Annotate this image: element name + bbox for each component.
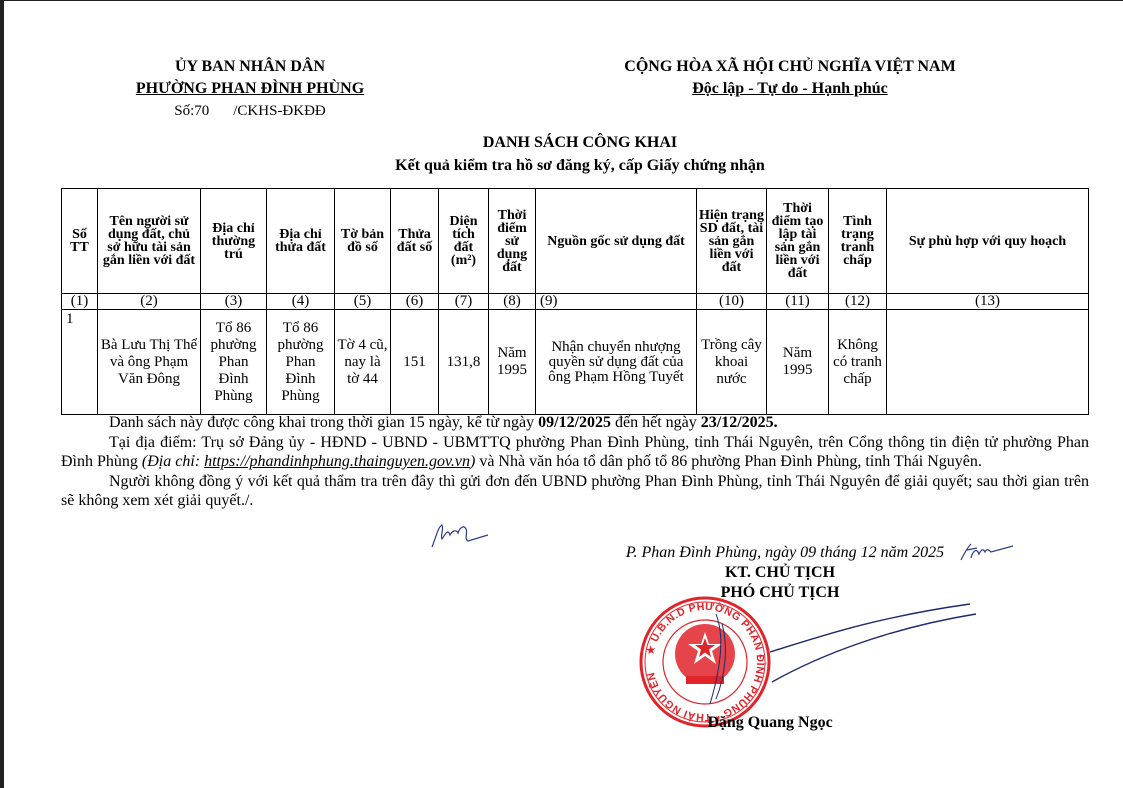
col-header-parcel-no: Thửa đất số [391,189,439,294]
notice-location: Tại địa điểm: Trụ sở Đảng ủy - HĐND - UB… [61,433,1089,472]
cell-area: 131,8 [439,310,489,415]
col-number: (13) [887,294,1089,310]
cell-dispute: Không có tranh chấp [829,310,887,415]
cell-origin: Nhận chuyển nhượng quyền sử dụng đất của… [536,310,697,415]
authority-line1: ỦY BAN NHÂN DÂN [100,56,400,78]
title-main: DANH SÁCH CÔNG KHAI [300,131,860,154]
col-number: (7) [439,294,489,310]
window-left-border [0,0,4,788]
col-number: (3) [201,294,267,310]
col-header-owner: Tên người sử dụng đất, chủ sở hữu tài sả… [98,189,201,294]
col-header-origin: Nguồn gốc sử dụng đất [536,189,697,294]
cell-map-sheet: Tờ 4 cũ, nay là tờ 44 [335,310,391,415]
cell-residence: Tổ 86 phường Phan Đình Phùng [201,310,267,415]
col-number: (1) [62,294,98,310]
cell-stt: 1 [62,310,98,415]
main-signature-icon [770,600,980,690]
col-number: (6) [391,294,439,310]
col-header-residence: Địa chỉ thường trú [201,189,267,294]
notice-body: Danh sách này được công khai trong thời … [61,413,1089,511]
signer-name: Đặng Quang Ngọc [660,714,880,732]
col-number: (9) [536,294,697,310]
country-name: CỘNG HÒA XÃ HỘI CHỦ NGHĨA VIỆT NAM [580,56,1000,78]
cell-parcel-address: Tổ 86 phường Phan Đình Phùng [267,310,335,415]
place-date: P. Phan Đình Phùng, ngày 09 tháng 12 năm… [590,543,980,563]
title-subtitle: Kết quả kiểm tra hồ sơ đăng ký, cấp Giấy… [300,154,860,177]
document-number: Số:70/CKHS-ĐKĐĐ [100,100,400,122]
public-list-table: Số TT Tên người sử dụng đất, chủ sở hữu … [61,188,1089,415]
cell-use-since: Năm 1995 [489,310,536,415]
initials-signature-icon [428,519,490,551]
col-header-map-sheet: Tờ bản đồ số [335,189,391,294]
cell-owner: Bà Lưu Thị Thể và ông Phạm Văn Đông [98,310,201,415]
col-header-parcel-address: Địa chỉ thửa đất [267,189,335,294]
col-header-use-since: Thời điểm sử dụng đất [489,189,536,294]
col-number: (2) [98,294,201,310]
table-row: 1 Bà Lưu Thị Thể và ông Phạm Văn Đông Tổ… [62,310,1089,415]
notice-objection: Người không đồng ý với kết quả thẩm tra … [61,472,1089,511]
col-header-planning: Sự phù hợp với quy hoạch [887,189,1089,294]
official-seal-icon: ★ U.B.N.D PHƯỜNG PHAN ĐÌNH PHÙNG * THÁI … [638,594,772,730]
notice-period: Danh sách này được công khai trong thời … [61,413,1089,433]
authority-line2: PHƯỜNG PHAN ĐÌNH PHÙNG [100,78,400,100]
cell-current-status: Trồng cây khoai nước [697,310,767,415]
col-header-dispute: Tình trạng tranh chấp [829,189,887,294]
col-number: (4) [267,294,335,310]
signer-title-1: KT. CHỦ TỊCH [580,563,980,583]
table-header-row: Số TT Tên người sử dụng đất, chủ sở hữu … [62,189,1089,294]
col-header-stt: Số TT [62,189,98,294]
col-header-asset-created: Thời điểm tạo lập tài sản gắn liền với đ… [767,189,829,294]
window-top-border [0,0,1123,1]
col-number: (12) [829,294,887,310]
cell-asset-created: Năm 1995 [767,310,829,415]
national-header: CỘNG HÒA XÃ HỘI CHỦ NGHĨA VIỆT NAM Độc l… [580,56,1000,100]
col-number: (11) [767,294,829,310]
national-motto: Độc lập - Tự do - Hạnh phúc [692,80,888,97]
cell-parcel-no: 151 [391,310,439,415]
document-title: DANH SÁCH CÔNG KHAI Kết quả kiểm tra hồ … [300,131,860,177]
col-number: (10) [697,294,767,310]
col-header-current-status: Hiện trạng SD đất, tài sản gắn liền với … [697,189,767,294]
col-header-area: Diện tích đất (m²) [439,189,489,294]
cell-planning [887,310,1089,415]
col-number: (5) [335,294,391,310]
col-number: (8) [489,294,536,310]
portal-link[interactable]: https://phandinhphung.thainguyen.gov.vn [204,453,470,470]
date-initials-icon [955,540,1017,566]
issuing-authority: ỦY BAN NHÂN DÂN PHƯỜNG PHAN ĐÌNH PHÙNG S… [100,56,400,122]
column-number-row: (1) (2) (3) (4) (5) (6) (7) (8) (9) (10)… [62,294,1089,310]
